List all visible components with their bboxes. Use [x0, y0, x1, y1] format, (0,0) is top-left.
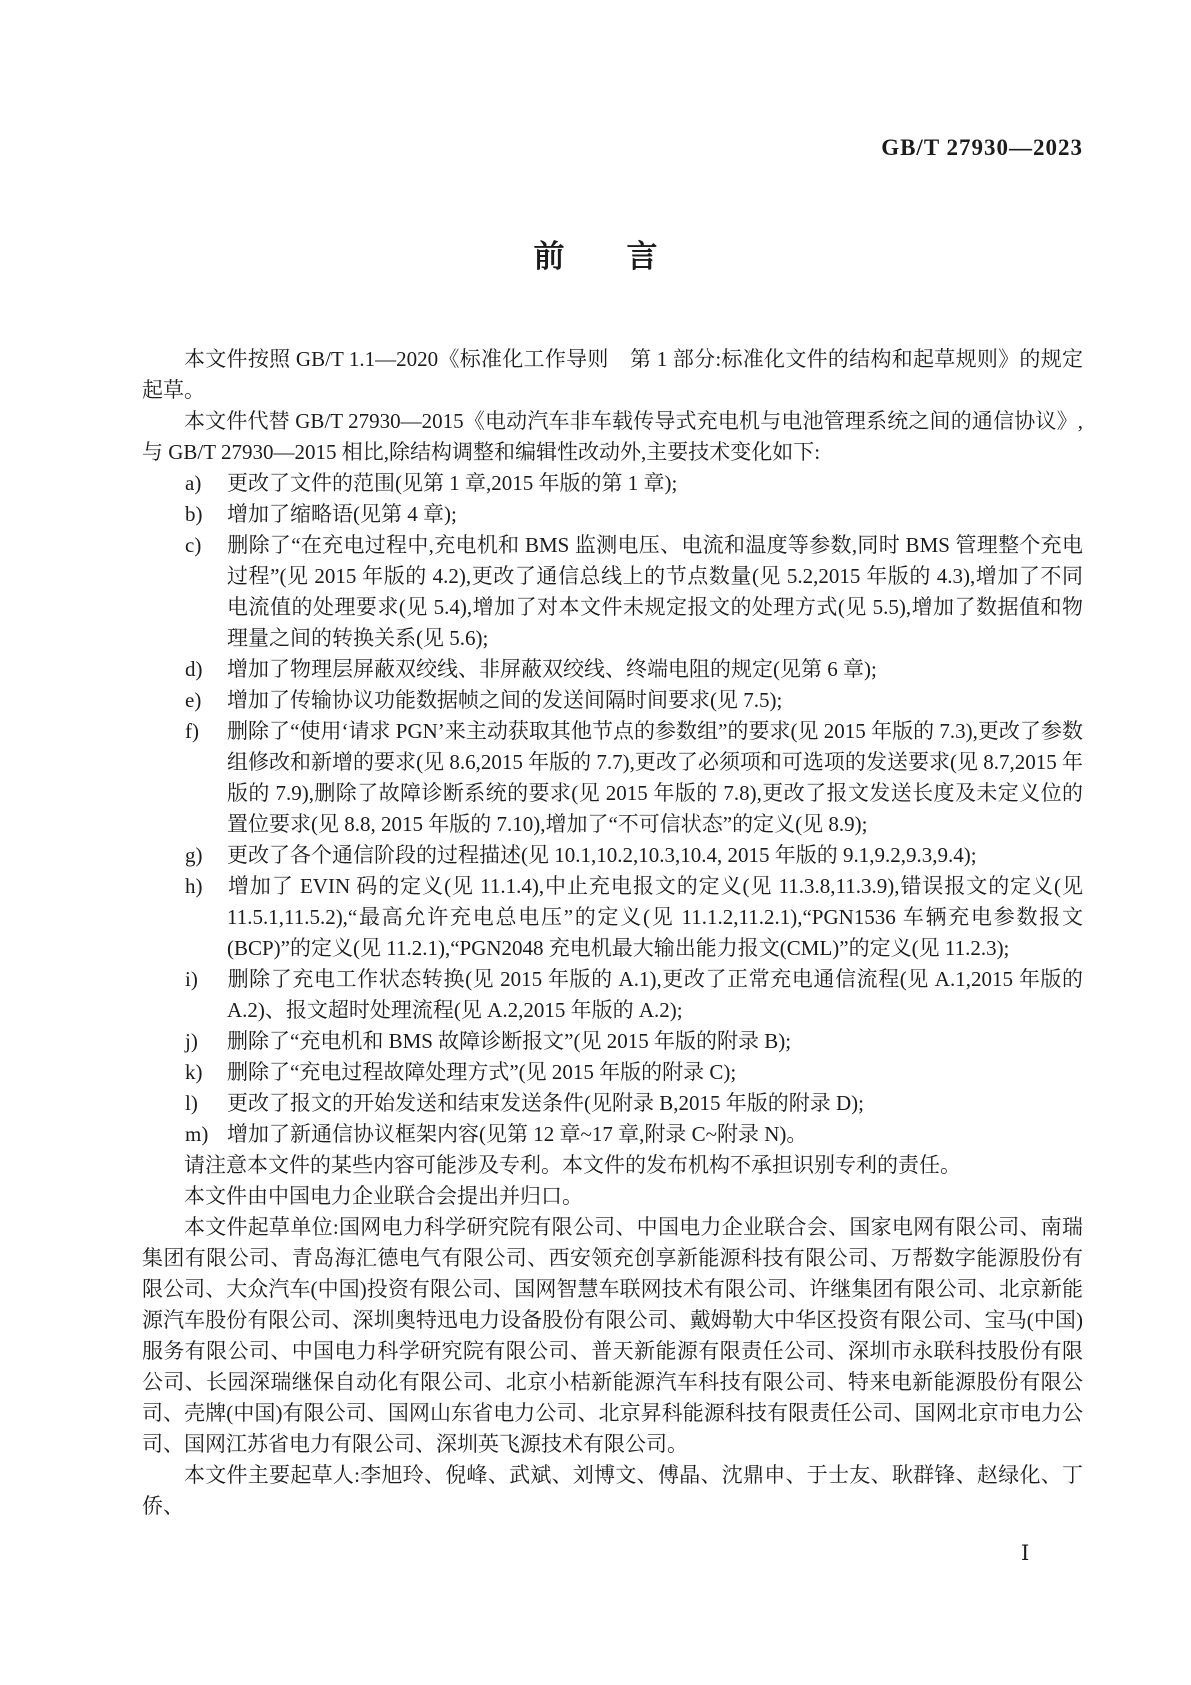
change-list-item: h)增加了 EVIN 码的定义(见 11.1.4),中止充电报文的定义(见 11…	[142, 871, 1083, 964]
change-list-item: j)删除了“充电机和 BMS 故障诊断报文”(见 2015 年版的附录 B);	[142, 1026, 1083, 1057]
change-list-item: a)更改了文件的范围(见第 1 章,2015 年版的第 1 章);	[142, 468, 1083, 499]
list-item-text: 增加了 EVIN 码的定义(见 11.1.4),中止充电报文的定义(见 11.3…	[227, 874, 1083, 960]
list-item-text: 增加了传输协议功能数据帧之间的发送间隔时间要求(见 7.5);	[227, 688, 782, 712]
intro-paragraphs: 本文件按照 GB/T 1.1—2020《标准化工作导则 第 1 部分:标准化文件…	[142, 344, 1083, 468]
paragraph: 本文件起草单位:国网电力科学研究院有限公司、中国电力企业联合会、国家电网有限公司…	[142, 1212, 1083, 1460]
foreword-body: 本文件按照 GB/T 1.1—2020《标准化工作导则 第 1 部分:标准化文件…	[142, 344, 1083, 1522]
list-item-marker: a)	[185, 468, 227, 499]
change-list-item: c)删除了“在充电过程中,充电机和 BMS 监测电压、电流和温度等参数,同时 B…	[142, 530, 1083, 654]
paragraph: 本文件由中国电力企业联合会提出并归口。	[142, 1181, 1083, 1212]
paragraph: 本文件主要起草人:李旭玲、倪峰、武斌、刘博文、傅晶、沈鼎申、于士友、耿群锋、赵绿…	[142, 1460, 1083, 1522]
change-list-item: g)更改了各个通信阶段的过程描述(见 10.1,10.2,10.3,10.4, …	[142, 840, 1083, 871]
list-item-marker: m)	[185, 1119, 227, 1150]
list-item-text: 删除了充电工作状态转换(见 2015 年版的 A.1),更改了正常充电通信流程(…	[227, 967, 1083, 1022]
list-item-marker: f)	[185, 716, 227, 747]
list-item-marker: e)	[185, 685, 227, 716]
list-item-text: 更改了各个通信阶段的过程描述(见 10.1,10.2,10.3,10.4, 20…	[227, 843, 977, 867]
change-list-item: i)删除了充电工作状态转换(见 2015 年版的 A.1),更改了正常充电通信流…	[142, 964, 1083, 1026]
list-item-text: 更改了报文的开始发送和结束发送条件(见附录 B,2015 年版的附录 D);	[227, 1091, 864, 1115]
closing-paragraphs: 请注意本文件的某些内容可能涉及专利。本文件的发布机构不承担识别专利的责任。本文件…	[142, 1150, 1083, 1522]
page-number: Ⅰ	[1021, 1541, 1029, 1566]
foreword-title: 前 言	[0, 238, 1191, 275]
standard-number: GB/T 27930—2023	[881, 135, 1083, 160]
list-item-text: 更改了文件的范围(见第 1 章,2015 年版的第 1 章);	[227, 471, 677, 495]
change-list-item: e)增加了传输协议功能数据帧之间的发送间隔时间要求(见 7.5);	[142, 685, 1083, 716]
list-item-text: 删除了“充电过程故障处理方式”(见 2015 年版的附录 C);	[227, 1060, 736, 1084]
page-header: GB/T 27930—2023	[142, 136, 1083, 159]
list-item-marker: g)	[185, 840, 227, 871]
list-item-text: 增加了缩略语(见第 4 章);	[227, 502, 457, 526]
change-list-item: b)增加了缩略语(见第 4 章);	[142, 499, 1083, 530]
list-item-marker: k)	[185, 1057, 227, 1088]
change-list-item: d)增加了物理层屏蔽双绞线、非屏蔽双绞线、终端电阻的规定(见第 6 章);	[142, 654, 1083, 685]
list-item-marker: l)	[185, 1088, 227, 1119]
list-item-text: 删除了“充电机和 BMS 故障诊断报文”(见 2015 年版的附录 B);	[227, 1029, 791, 1053]
change-list-item: f)删除了“使用‘请求 PGN’来主动获取其他节点的参数组”的要求(见 2015…	[142, 716, 1083, 840]
change-list-item: m)增加了新通信协议框架内容(见第 12 章~17 章,附录 C~附录 N)。	[142, 1119, 1083, 1150]
paragraph: 本文件代替 GB/T 27930—2015《电动汽车非车载传导式充电机与电池管理…	[142, 406, 1083, 468]
list-item-text: 增加了新通信协议框架内容(见第 12 章~17 章,附录 C~附录 N)。	[227, 1122, 807, 1146]
standard-document-page: GB/T 27930—2023 前 言 本文件按照 GB/T 1.1—2020《…	[0, 0, 1191, 1685]
paragraph: 本文件按照 GB/T 1.1—2020《标准化工作导则 第 1 部分:标准化文件…	[142, 344, 1083, 406]
list-item-marker: d)	[185, 654, 227, 685]
list-item-marker: h)	[185, 871, 227, 902]
list-item-marker: c)	[185, 530, 227, 561]
list-item-text: 删除了“使用‘请求 PGN’来主动获取其他节点的参数组”的要求(见 2015 年…	[227, 719, 1083, 836]
change-list-item: k)删除了“充电过程故障处理方式”(见 2015 年版的附录 C);	[142, 1057, 1083, 1088]
list-item-marker: j)	[185, 1026, 227, 1057]
list-item-text: 增加了物理层屏蔽双绞线、非屏蔽双绞线、终端电阻的规定(见第 6 章);	[227, 657, 877, 681]
list-item-text: 删除了“在充电过程中,充电机和 BMS 监测电压、电流和温度等参数,同时 BMS…	[227, 533, 1083, 650]
change-list-item: l)更改了报文的开始发送和结束发送条件(见附录 B,2015 年版的附录 D);	[142, 1088, 1083, 1119]
list-item-marker: i)	[185, 964, 227, 995]
paragraph: 请注意本文件的某些内容可能涉及专利。本文件的发布机构不承担识别专利的责任。	[142, 1150, 1083, 1181]
list-item-marker: b)	[185, 499, 227, 530]
change-list: a)更改了文件的范围(见第 1 章,2015 年版的第 1 章);b)增加了缩略…	[142, 468, 1083, 1150]
